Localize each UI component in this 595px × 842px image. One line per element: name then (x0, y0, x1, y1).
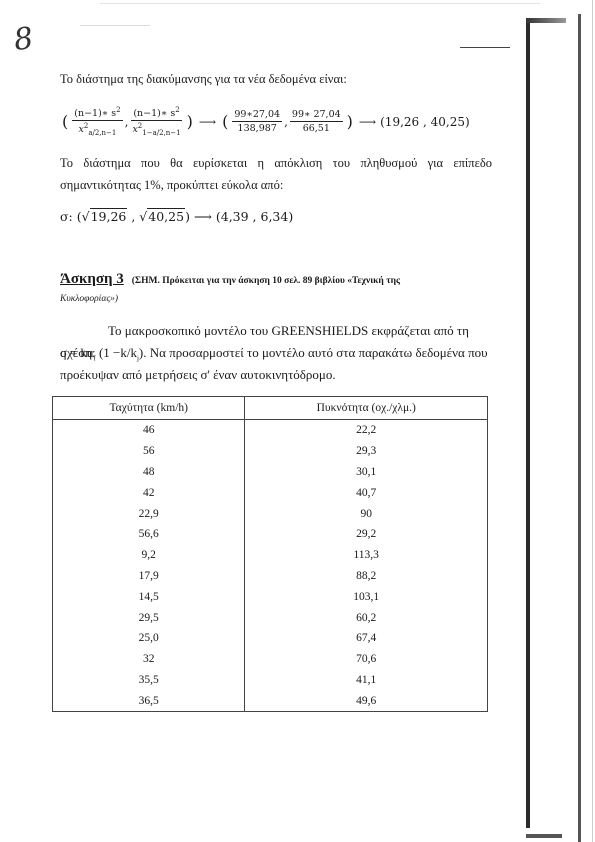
density-cell: 113,3 (245, 545, 488, 566)
table-row: 35,541,1 (53, 670, 488, 691)
density-cell: 90 (245, 503, 488, 524)
density-cell: 49,6 (245, 690, 488, 711)
exercise-note: (ΣΗΜ. Πρόκειται για την άσκηση 10 σελ. 8… (132, 276, 400, 286)
table-row: 36,549,6 (53, 690, 488, 711)
arrow-icon: ⟶ (359, 115, 376, 129)
variance-interval-formula: ( (n−1)∗ s2 x2a/2,n−1 , (n−1)∗ s2 x21−a/… (60, 106, 470, 137)
table-row: 17,988,2 (53, 566, 488, 587)
binding-strip-bottom (526, 834, 562, 838)
density-cell: 22,2 (245, 420, 488, 441)
table-header-row: Ταχύτητα (km/h) Πυκνότητα (οχ./χλμ.) (53, 397, 488, 420)
table-row: 4622,2 (53, 420, 488, 441)
density-cell: 67,4 (245, 628, 488, 649)
fraction: (n−1)∗ s2 x21−a/2,n−1 (130, 106, 182, 137)
variance-interval-intro: Το διάστημα της διακύμανσης για τα νέα δ… (60, 68, 492, 90)
speed-cell: 22,9 (53, 503, 245, 524)
exercise-note-continued: Κυκλοφορίας») (60, 294, 118, 304)
speed-cell: 25,0 (53, 628, 245, 649)
column-header-density: Πυκνότητα (οχ./χλμ.) (245, 397, 488, 420)
density-cell: 29,3 (245, 441, 488, 462)
arrow-icon: ⟶ (199, 115, 216, 129)
table-row: 14,5103,1 (53, 586, 488, 607)
fraction: 99∗ 27,04 66,51 (290, 109, 343, 134)
page-edge (578, 14, 581, 842)
speed-cell: 48 (53, 462, 245, 483)
speed-cell: 36,5 (53, 690, 245, 711)
table-row: 4830,1 (53, 462, 488, 483)
binding-strip (526, 18, 530, 828)
density-cell: 30,1 (245, 462, 488, 483)
density-cell: 103,1 (245, 586, 488, 607)
speed-cell: 29,5 (53, 607, 245, 628)
scan-line-top (100, 3, 540, 4)
speed-cell: 42 (53, 482, 245, 503)
arrow-icon: ⟶ (194, 209, 212, 224)
table-row: 22,990 (53, 503, 488, 524)
table-row: 56,629,2 (53, 524, 488, 545)
sigma-interval-text-line1: Το διάστημα που θα ευρίσκεται η απόκλιση… (60, 152, 492, 174)
table-row: 9,2113,3 (53, 545, 488, 566)
density-cell: 29,2 (245, 524, 488, 545)
table-row: 3270,6 (53, 649, 488, 670)
speed-cell: 56 (53, 441, 245, 462)
speed-cell: 35,5 (53, 670, 245, 691)
exercise-heading: Άσκηση 3 (ΣΗΜ. Πρόκειται για την άσκηση … (60, 270, 500, 288)
fraction: (n−1)∗ s2 x2a/2,n−1 (72, 106, 122, 137)
fraction: 99∗27,04 138,987 (232, 109, 282, 134)
exercise-title: Άσκηση 3 (60, 271, 124, 287)
table-row: 5629,3 (53, 441, 488, 462)
sigma-interval-formula: σ: ( √19,26 , √40,25 ) ⟶ (4,39 , 6,34) (60, 208, 293, 224)
variance-interval-result: (19,26 , 40,25) (380, 115, 470, 129)
exercise-text-line3: προέκυψαν από μετρήσεις σ' έναν αυτοκινη… (60, 364, 492, 386)
density-cell: 40,7 (245, 482, 488, 503)
column-header-speed: Ταχύτητα (km/h) (53, 397, 245, 420)
speed-cell: 32 (53, 649, 245, 670)
page-number: 8 (12, 21, 36, 58)
speed-cell: 14,5 (53, 586, 245, 607)
scan-line (460, 47, 510, 48)
density-cell: 70,6 (245, 649, 488, 670)
table-row: 4240,7 (53, 482, 488, 503)
binding-strip-top (526, 18, 566, 23)
sigma-interval-result: (4,39 , 6,34) (216, 209, 293, 224)
speed-cell: 56,6 (53, 524, 245, 545)
density-cell: 60,2 (245, 607, 488, 628)
table-row: 29,560,2 (53, 607, 488, 628)
speed-density-table: Ταχύτητα (km/h) Πυκνότητα (οχ./χλμ.) 462… (52, 396, 488, 712)
density-cell: 88,2 (245, 566, 488, 587)
sigma-interval-text-line2: σημαντικότητας 1%, προκύπτει εύκολα από: (60, 174, 492, 196)
scan-line (80, 25, 150, 26)
density-cell: 41,1 (245, 670, 488, 691)
speed-cell: 9,2 (53, 545, 245, 566)
speed-cell: 46 (53, 420, 245, 441)
page-edge (592, 0, 593, 842)
table-row: 25,067,4 (53, 628, 488, 649)
speed-cell: 17,9 (53, 566, 245, 587)
